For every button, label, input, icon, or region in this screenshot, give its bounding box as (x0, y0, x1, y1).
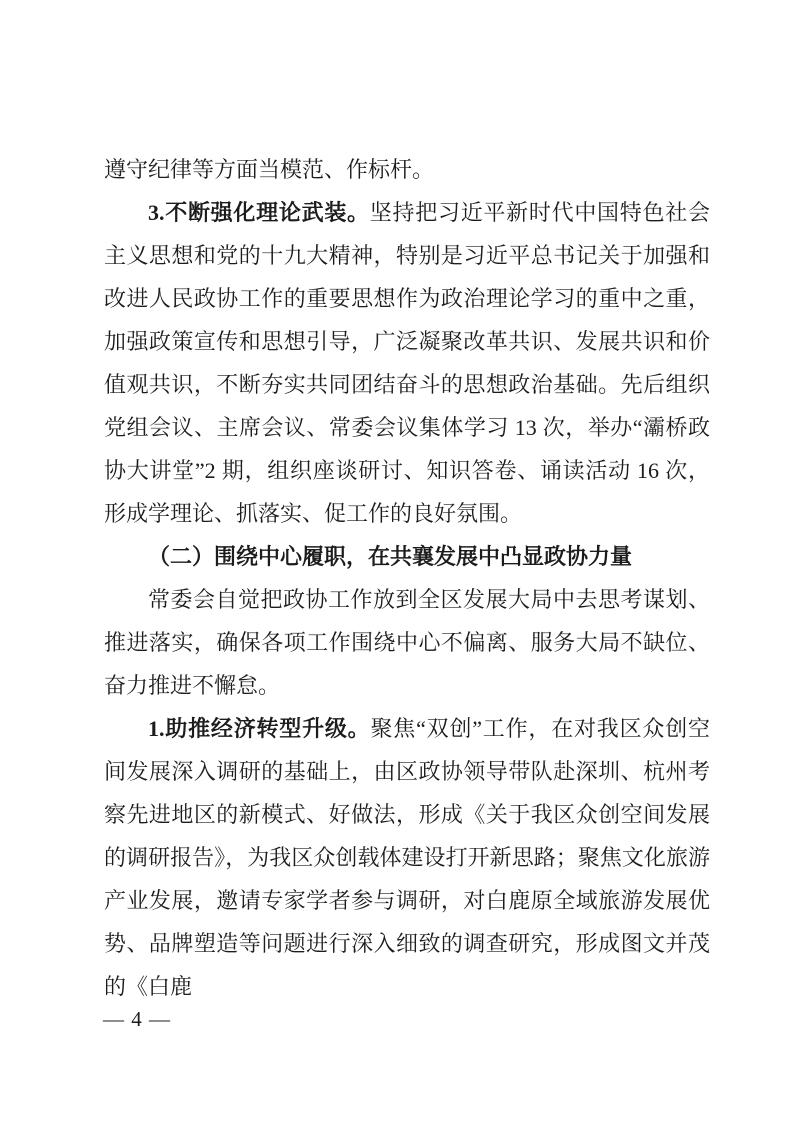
item-heading-text: 3.不断强化理论武装。 (148, 200, 370, 225)
paragraph-item-3: 3.不断强化理论武装。坚持把习近平新时代中国特色社会主义思想和党的十九大精神，特… (104, 191, 710, 535)
body-text: 遵守纪律等方面当模范、作标杆。 (104, 157, 434, 182)
document-page: 遵守纪律等方面当模范、作标杆。 3.不断强化理论武装。坚持把习近平新时代中国特色… (0, 0, 793, 1122)
body-text: 聚焦“双创”工作，在对我区众创空间发展深入调研的基础上，由区政协领导带队赴深圳、… (104, 716, 710, 999)
section-heading: （二）围绕中心履职，在共襄发展中凸显政协力量 (104, 535, 710, 578)
page-number: — 4 — (103, 1005, 171, 1033)
paragraph-body: 常委会自觉把政协工作放到全区发展大局中去思考谋划、推进落实，确保各项工作围绕中心… (104, 578, 710, 707)
item-heading-text: 1.助推经济转型升级。 (148, 716, 370, 741)
document-body: 遵守纪律等方面当模范、作标杆。 3.不断强化理论武装。坚持把习近平新时代中国特色… (104, 148, 710, 1008)
body-text: 坚持把习近平新时代中国特色社会主义思想和党的十九大精神，特别是习近平总书记关于加… (104, 200, 710, 526)
paragraph-continuation: 遵守纪律等方面当模范、作标杆。 (104, 148, 710, 191)
paragraph-item-1: 1.助推经济转型升级。聚焦“双创”工作，在对我区众创空间发展深入调研的基础上，由… (104, 707, 710, 1008)
body-text: 常委会自觉把政协工作放到全区发展大局中去思考谋划、推进落实，确保各项工作围绕中心… (104, 587, 710, 698)
section-heading-text: （二）围绕中心履职，在共襄发展中凸显政协力量 (148, 544, 632, 569)
